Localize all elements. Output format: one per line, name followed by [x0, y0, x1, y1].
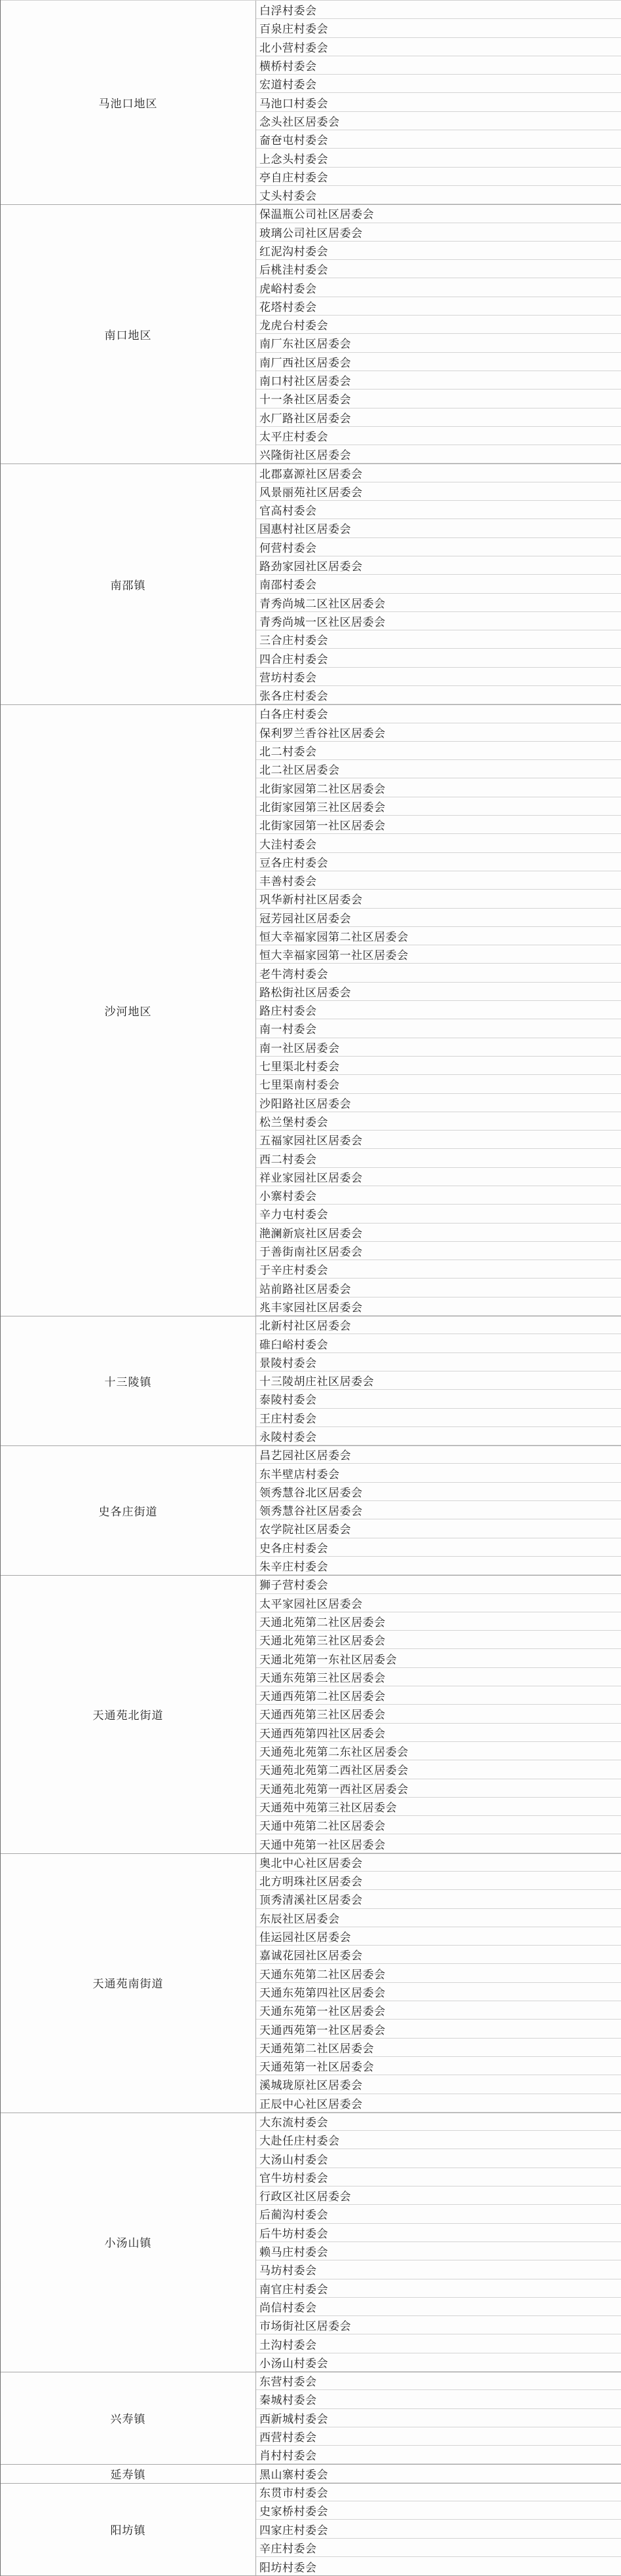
- committee-row: 辛力屯村委会: [256, 1205, 621, 1223]
- committee-row: 红泥沟村委会: [256, 242, 621, 260]
- committee-name: 天通西苑第三社区居委会: [259, 1705, 386, 1722]
- committee-row: 十三陵胡庄社区居委会: [256, 1371, 621, 1390]
- committee-row: 天通苑中苑第三社区居委会: [256, 1798, 621, 1816]
- committee-name: 后牛坊村委会: [259, 2224, 328, 2241]
- committee-name: 北小营村委会: [259, 39, 328, 55]
- committee-row: 营坊村委会: [256, 668, 621, 686]
- committee-row: 三合庄村委会: [256, 630, 621, 649]
- committee-name: 太平家园社区居委会: [259, 1595, 363, 1611]
- committee-name: 小寨村委会: [259, 1187, 317, 1203]
- committee-name: 南一社区居委会: [259, 1039, 340, 1055]
- committee-name: 领秀慧谷社区居委会: [259, 1502, 363, 1518]
- committee-name: 天通西苑第一社区居委会: [259, 2021, 386, 2037]
- committee-row: 小寨村委会: [256, 1186, 621, 1205]
- committee-row: 王庄村委会: [256, 1409, 621, 1427]
- committee-row: 北街家园第二社区居委会: [256, 778, 621, 797]
- committee-row: 太平家园社区居委会: [256, 1594, 621, 1612]
- committee-row: 马池口村委会: [256, 93, 621, 111]
- committee-name: 南厂东社区居委会: [259, 335, 351, 351]
- committee-name: 风景丽苑社区居委会: [259, 483, 363, 499]
- committee-name: 辛庄村委会: [259, 2539, 317, 2556]
- committee-list: 北郡嘉源社区居委会 风景丽苑社区居委会 官高村委会 国惠村社区居委会 何营村委会…: [256, 463, 621, 704]
- committee-name: 北郡嘉源社区居委会: [259, 465, 363, 481]
- committee-name: 亭自庄村委会: [259, 168, 328, 185]
- committee-row: 太平庄村委会: [256, 427, 621, 445]
- committee-table: 马池口地区 白浮村委会 百泉庄村委会 北小营村委会 横桥村委会 宏道村委会 马池…: [1, 0, 621, 2576]
- committee-row: 豆各庄村委会: [256, 853, 621, 871]
- committee-name: 景陵村委会: [259, 1354, 317, 1370]
- committee-name: 大赴任庄村委会: [259, 2132, 340, 2148]
- committee-list: 大东流村委会 大赴任庄村委会 大汤山村委会 官牛坊村委会 行政区社区居委会 后蔺…: [256, 2113, 621, 2372]
- committee-row: 行政区社区居委会: [256, 2186, 621, 2205]
- committee-name: 豆各庄村委会: [259, 854, 328, 870]
- committee-row: 天通北苑第二社区居委会: [256, 1612, 621, 1631]
- region-section: 兴寿镇 东营村委会 秦城村委会 西新城村委会 西营村委会 肖村村委会: [1, 2372, 621, 2464]
- committee-name: 西新城村委会: [259, 2410, 328, 2426]
- committee-name: 天通东苑第四社区居委会: [259, 1984, 386, 2000]
- committee-row: 市场街社区居委会: [256, 2316, 621, 2334]
- committee-row: 北新村社区居委会: [256, 1316, 621, 1334]
- committee-name: 七里渠南村委会: [259, 1076, 340, 1092]
- committee-name: 站前路社区居委会: [259, 1280, 351, 1296]
- committee-row: 史家桥村委会: [256, 2501, 621, 2520]
- committee-row: 花塔村委会: [256, 297, 621, 316]
- committee-list: 昌艺园社区居委会 东半壁店村委会 领秀慧谷北区居委会 领秀慧谷社区居委会 农学院…: [256, 1445, 621, 1575]
- committee-row: 青秀尚城二区社区居委会: [256, 594, 621, 612]
- committee-row: 天通苑第二社区居委会: [256, 2039, 621, 2057]
- committee-row: 史各庄村委会: [256, 1538, 621, 1557]
- committee-name: 恒大幸福家园第一社区居委会: [259, 946, 409, 962]
- committee-name: 北新村社区居委会: [259, 1316, 351, 1333]
- committee-row: 四家庄村委会: [256, 2520, 621, 2538]
- region-section: 沙河地区 白各庄村委会 保利罗兰香谷社区居委会 北二村委会 北二社区居委会 北街…: [1, 704, 621, 1316]
- committee-row: 北二社区居委会: [256, 760, 621, 778]
- committee-name: 肖村村委会: [259, 2446, 317, 2463]
- committee-row: 北街家园第三社区居委会: [256, 797, 621, 816]
- committee-name: 龙虎台村委会: [259, 316, 328, 333]
- committee-name: 滟澜新宸社区居委会: [259, 1224, 363, 1241]
- committee-row: 赖马庄村委会: [256, 2242, 621, 2260]
- region-section: 马池口地区 白浮村委会 百泉庄村委会 北小营村委会 横桥村委会 宏道村委会 马池…: [1, 1, 621, 204]
- committee-row: 宏道村委会: [256, 75, 621, 93]
- committee-name: 天通苑北苑第二西社区居委会: [259, 1761, 409, 1777]
- committee-name: 冠芳园社区居委会: [259, 909, 351, 926]
- region-section: 南邵镇 北郡嘉源社区居委会 风景丽苑社区居委会 官高村委会 国惠村社区居委会 何…: [1, 463, 621, 704]
- committee-name: 巩华新村社区居委会: [259, 890, 363, 907]
- committee-row: 站前路社区居委会: [256, 1279, 621, 1297]
- committee-name: 丈头村委会: [259, 187, 317, 203]
- committee-row: 北二村委会: [256, 742, 621, 760]
- committee-name: 史各庄村委会: [259, 1539, 328, 1555]
- committee-list: 奥北中心社区居委会 北方明珠社区居委会 顶秀清溪社区居委会 东辰社区居委会 佳运…: [256, 1853, 621, 2113]
- committee-row: 土沟村委会: [256, 2334, 621, 2353]
- committee-name: 天通东苑第一社区居委会: [259, 2002, 386, 2018]
- committee-name: 大洼村委会: [259, 835, 317, 852]
- committee-name: 北街家园第二社区居委会: [259, 780, 386, 796]
- committee-name: 白浮村委会: [259, 1, 317, 18]
- committee-row: 何营村委会: [256, 538, 621, 556]
- committee-name: 朱辛庄村委会: [259, 1557, 328, 1574]
- committee-name: 兆丰家园社区居委会: [259, 1298, 363, 1315]
- committee-row: 官高村委会: [256, 501, 621, 519]
- committee-row: 南官庄村委会: [256, 2279, 621, 2298]
- committee-name: 后桃洼村委会: [259, 261, 328, 277]
- committee-row: 横桥村委会: [256, 56, 621, 75]
- committee-name: 永陵村委会: [259, 1428, 317, 1444]
- committee-name: 官高村委会: [259, 501, 317, 518]
- committee-name: 东贯市村委会: [259, 2484, 328, 2500]
- committee-row: 百泉庄村委会: [256, 19, 621, 37]
- committee-row: 保温瓶公司社区居委会: [256, 204, 621, 223]
- committee-row: 南厂东社区居委会: [256, 334, 621, 352]
- committee-row: 兴隆街社区居委会: [256, 445, 621, 463]
- committee-name: 天通北苑第二社区居委会: [259, 1613, 386, 1629]
- committee-row: 天通东苑第一社区居委会: [256, 2001, 621, 2020]
- committee-name: 沙阳路社区居委会: [259, 1095, 351, 1111]
- committee-row: 狮子营村委会: [256, 1575, 621, 1593]
- committee-name: 路松街社区居委会: [259, 983, 351, 1000]
- region-label: 沙河地区: [1, 704, 256, 1316]
- committee-list: 白各庄村委会 保利罗兰香谷社区居委会 北二村委会 北二社区居委会 北街家园第二社…: [256, 704, 621, 1316]
- committee-row: 后牛坊村委会: [256, 2224, 621, 2242]
- committee-name: 于善街南社区居委会: [259, 1243, 363, 1259]
- committee-row: 天通西苑第二社区居委会: [256, 1686, 621, 1705]
- committee-row: 官牛坊村委会: [256, 2168, 621, 2186]
- committee-name: 狮子营村委会: [259, 1576, 328, 1592]
- committee-name: 北街家园第三社区居委会: [259, 798, 386, 814]
- committee-row: 十一条社区居委会: [256, 390, 621, 408]
- committee-name: 史家桥村委会: [259, 2502, 328, 2518]
- committee-list: 白浮村委会 百泉庄村委会 北小营村委会 横桥村委会 宏道村委会 马池口村委会 念…: [256, 1, 621, 204]
- committee-name: 王庄村委会: [259, 1409, 317, 1426]
- region-label: 阳坊镇: [1, 2483, 256, 2575]
- committee-name: 天通东苑第三社区居委会: [259, 1669, 386, 1685]
- committee-name: 五福家园社区居委会: [259, 1131, 363, 1148]
- committee-name: 北二村委会: [259, 742, 317, 759]
- committee-row: 肖村村委会: [256, 2446, 621, 2464]
- committee-row: 西新城村委会: [256, 2409, 621, 2427]
- committee-row: 南邵村委会: [256, 575, 621, 593]
- committee-row: 小汤山村委会: [256, 2353, 621, 2372]
- committee-name: 天通苑北苑第二东社区居委会: [259, 1743, 409, 1759]
- committee-name: 太平庄村委会: [259, 427, 328, 444]
- committee-name: 上念头村委会: [259, 150, 328, 166]
- committee-name: 水厂路社区居委会: [259, 409, 351, 426]
- committee-name: 官牛坊村委会: [259, 2169, 328, 2185]
- committee-table-screenshot: 马池口地区 白浮村委会 百泉庄村委会 北小营村委会 横桥村委会 宏道村委会 马池…: [0, 0, 621, 2576]
- committee-name: 保温瓶公司社区居委会: [259, 205, 374, 221]
- committee-name: 路庄村委会: [259, 1002, 317, 1018]
- committee-name: 松兰堡村委会: [259, 1113, 328, 1129]
- committee-name: 奤夿屯村委会: [259, 131, 328, 147]
- committee-row: 正辰中心社区居委会: [256, 2094, 621, 2113]
- region-section: 延寿镇 黑山寨村委会: [1, 2464, 621, 2482]
- committee-row: 农学院社区居委会: [256, 1519, 621, 1538]
- committee-row: 顶秀清溪社区居委会: [256, 1890, 621, 1908]
- committee-row: 玻璃公司社区居委会: [256, 223, 621, 242]
- committee-name: 大汤山村委会: [259, 2150, 328, 2167]
- committee-name: 尚信村委会: [259, 2298, 317, 2315]
- committee-name: 市场街社区居委会: [259, 2317, 351, 2333]
- region-section: 南口地区 保温瓶公司社区居委会 玻璃公司社区居委会 红泥沟村委会 后桃洼村委会 …: [1, 204, 621, 463]
- committee-name: 路劲家园社区居委会: [259, 557, 363, 573]
- committee-name: 于辛庄村委会: [259, 1261, 328, 1277]
- committee-row: 北方明珠社区居委会: [256, 1872, 621, 1890]
- committee-row: 恒大幸福家园第二社区居委会: [256, 927, 621, 945]
- committee-row: 冠芳园社区居委会: [256, 909, 621, 927]
- committee-row: 北小营村委会: [256, 38, 621, 56]
- region-label: 史各庄街道: [1, 1445, 256, 1575]
- region-label: 马池口地区: [1, 1, 256, 204]
- region-label: 天通苑北街道: [1, 1575, 256, 1853]
- committee-row: 七里渠北村委会: [256, 1057, 621, 1075]
- committee-name: 国惠村社区居委会: [259, 520, 351, 536]
- committee-name: 农学院社区居委会: [259, 1520, 351, 1536]
- committee-row: 东营村委会: [256, 2372, 621, 2390]
- committee-row: 永陵村委会: [256, 1427, 621, 1445]
- committee-name: 北方明珠社区居委会: [259, 1872, 363, 1889]
- region-label: 兴寿镇: [1, 2372, 256, 2464]
- committee-name: 何营村委会: [259, 539, 317, 555]
- committee-row: 虎峪村委会: [256, 278, 621, 297]
- committee-list: 北新村社区居委会 碓臼峪村委会 景陵村委会 十三陵胡庄社区居委会 泰陵村委会 王…: [256, 1316, 621, 1445]
- region-section: 天通苑南街道 奥北中心社区居委会 北方明珠社区居委会 顶秀清溪社区居委会 东辰社…: [1, 1853, 621, 2113]
- committee-name: 东辰社区居委会: [259, 1910, 340, 1926]
- committee-name: 秦城村委会: [259, 2391, 317, 2407]
- committee-name: 西二村委会: [259, 1150, 317, 1167]
- committee-row: 领秀慧谷北区居委会: [256, 1483, 621, 1501]
- committee-name: 天通西苑第二社区居委会: [259, 1687, 386, 1703]
- committee-list: 黑山寨村委会: [256, 2464, 621, 2482]
- committee-row: 东辰社区居委会: [256, 1909, 621, 1927]
- committee-row: 天通西苑第四社区居委会: [256, 1724, 621, 1742]
- committee-row: 阳坊村委会: [256, 2557, 621, 2575]
- committee-name: 虎峪村委会: [259, 280, 317, 296]
- committee-name: 黑山寨村委会: [259, 2465, 328, 2482]
- committee-name: 天通北苑第三社区居委会: [259, 1631, 386, 1648]
- committee-name: 大东流村委会: [259, 2113, 328, 2130]
- committee-name: 祥业家园社区居委会: [259, 1169, 363, 1185]
- committee-name: 小汤山村委会: [259, 2354, 328, 2370]
- committee-row: 领秀慧谷社区居委会: [256, 1501, 621, 1519]
- committee-name: 马坊村委会: [259, 2261, 317, 2277]
- committee-row: 佳运园社区居委会: [256, 1927, 621, 1946]
- committee-row: 滟澜新宸社区居委会: [256, 1224, 621, 1242]
- committee-list: 东贯市村委会 史家桥村委会 四家庄村委会 辛庄村委会 阳坊村委会: [256, 2483, 621, 2575]
- committee-name: 老牛湾村委会: [259, 965, 328, 981]
- committee-row: 天通苑第一社区居委会: [256, 2057, 621, 2075]
- committee-name: 七里渠北村委会: [259, 1057, 340, 1074]
- committee-row: 大赴任庄村委会: [256, 2131, 621, 2149]
- region-section: 十三陵镇 北新村社区居委会 碓臼峪村委会 景陵村委会 十三陵胡庄社区居委会 泰陵…: [1, 1316, 621, 1445]
- committee-name: 天通北苑第一东社区居委会: [259, 1650, 397, 1667]
- committee-list: 东营村委会 秦城村委会 西新城村委会 西营村委会 肖村村委会: [256, 2372, 621, 2464]
- committee-row: 景陵村委会: [256, 1353, 621, 1371]
- committee-name: 营坊村委会: [259, 668, 317, 685]
- committee-row: 辛庄村委会: [256, 2539, 621, 2557]
- committee-row: 南口村社区居委会: [256, 371, 621, 390]
- committee-name: 十三陵胡庄社区居委会: [259, 1372, 374, 1388]
- committee-row: 奥北中心社区居委会: [256, 1853, 621, 1872]
- committee-row: 兆丰家园社区居委会: [256, 1297, 621, 1316]
- committee-name: 四合庄村委会: [259, 650, 328, 666]
- committee-row: 天通苑北苑第二西社区居委会: [256, 1760, 621, 1779]
- committee-row: 北街家园第一社区居委会: [256, 816, 621, 834]
- region-section: 阳坊镇 东贯市村委会 史家桥村委会 四家庄村委会 辛庄村委会 阳坊村委会: [1, 2483, 621, 2575]
- committee-name: 南一村委会: [259, 1020, 317, 1036]
- committee-row: 朱辛庄村委会: [256, 1557, 621, 1575]
- committee-name: 天通苑中苑第三社区居委会: [259, 1798, 397, 1815]
- committee-name: 丰善村委会: [259, 872, 317, 888]
- committee-name: 北街家园第一社区居委会: [259, 816, 386, 833]
- committee-name: 青秀尚城二区社区居委会: [259, 594, 386, 611]
- committee-name: 泰陵村委会: [259, 1390, 317, 1407]
- committee-name: 后蔺沟村委会: [259, 2205, 328, 2222]
- committee-row: 南厂西社区居委会: [256, 353, 621, 371]
- committee-name: 南厂西社区居委会: [259, 354, 351, 370]
- committee-row: 七里渠南村委会: [256, 1075, 621, 1093]
- committee-name: 天通苑第二社区居委会: [259, 2039, 374, 2056]
- committee-name: 南口村社区居委会: [259, 372, 351, 388]
- committee-name: 正辰中心社区居委会: [259, 2095, 363, 2111]
- committee-name: 红泥沟村委会: [259, 242, 328, 259]
- committee-name: 碓臼峪村委会: [259, 1335, 328, 1352]
- committee-row: 白浮村委会: [256, 1, 621, 19]
- committee-row: 马坊村委会: [256, 2260, 621, 2279]
- committee-name: 天通中苑第一社区居委会: [259, 1836, 386, 1852]
- committee-row: 风景丽苑社区居委会: [256, 482, 621, 501]
- committee-row: 路庄村委会: [256, 1001, 621, 1019]
- committee-row: 沙阳路社区居委会: [256, 1094, 621, 1112]
- committee-row: 祥业家园社区居委会: [256, 1168, 621, 1186]
- committee-row: 于辛庄村委会: [256, 1260, 621, 1279]
- committee-name: 嘉诚花园社区居委会: [259, 1946, 363, 1963]
- committee-name: 溪城珑原社区居委会: [259, 2076, 363, 2092]
- committee-row: 黑山寨村委会: [256, 2464, 621, 2482]
- committee-name: 土沟村委会: [259, 2336, 317, 2352]
- committee-name: 横桥村委会: [259, 57, 317, 73]
- committee-row: 国惠村社区居委会: [256, 519, 621, 537]
- committee-row: 四合庄村委会: [256, 649, 621, 667]
- committee-name: 十一条社区居委会: [259, 390, 351, 407]
- committee-row: 路劲家园社区居委会: [256, 556, 621, 575]
- committee-row: 嘉诚花园社区居委会: [256, 1946, 621, 1964]
- committee-name: 花塔村委会: [259, 298, 317, 314]
- committee-row: 丈头村委会: [256, 186, 621, 204]
- committee-row: 青秀尚城一区社区居委会: [256, 612, 621, 630]
- committee-name: 昌艺园社区居委会: [259, 1446, 351, 1462]
- committee-name: 领秀慧谷北区居委会: [259, 1483, 363, 1500]
- committee-name: 南邵村委会: [259, 575, 317, 592]
- committee-row: 天通东苑第三社区居委会: [256, 1668, 621, 1686]
- committee-name: 马池口村委会: [259, 94, 328, 111]
- committee-name: 行政区社区居委会: [259, 2187, 351, 2204]
- committee-row: 碓臼峪村委会: [256, 1334, 621, 1352]
- committee-name: 玻璃公司社区居委会: [259, 224, 363, 240]
- region-label: 十三陵镇: [1, 1316, 256, 1445]
- committee-list: 狮子营村委会 太平家园社区居委会 天通北苑第二社区居委会 天通北苑第三社区居委会…: [256, 1575, 621, 1853]
- committee-row: 南一社区居委会: [256, 1038, 621, 1057]
- committee-row: 张各庄村委会: [256, 686, 621, 704]
- committee-row: 西二村委会: [256, 1149, 621, 1167]
- committee-row: 泰陵村委会: [256, 1390, 621, 1408]
- committee-name: 念头社区居委会: [259, 113, 340, 129]
- committee-name: 天通苑第一社区居委会: [259, 2058, 374, 2074]
- committee-row: 天通中苑第一社区居委会: [256, 1834, 621, 1853]
- committee-row: 路松街社区居委会: [256, 983, 621, 1001]
- committee-row: 南一村委会: [256, 1019, 621, 1038]
- committee-row: 天通中苑第二社区居委会: [256, 1816, 621, 1834]
- committee-row: 东半壁店村委会: [256, 1464, 621, 1482]
- committee-row: 秦城村委会: [256, 2390, 621, 2408]
- committee-row: 老牛湾村委会: [256, 964, 621, 982]
- committee-row: 念头社区居委会: [256, 112, 621, 130]
- committee-name: 百泉庄村委会: [259, 20, 328, 36]
- committee-row: 丰善村委会: [256, 871, 621, 890]
- committee-row: 后蔺沟村委会: [256, 2205, 621, 2223]
- committee-name: 南官庄村委会: [259, 2280, 328, 2296]
- committee-name: 天通西苑第四社区居委会: [259, 1724, 386, 1741]
- committee-name: 辛力屯村委会: [259, 1205, 328, 1222]
- committee-row: 后桃洼村委会: [256, 260, 621, 278]
- committee-row: 溪城珑原社区居委会: [256, 2075, 621, 2094]
- committee-name: 北二社区居委会: [259, 761, 340, 777]
- committee-name: 保利罗兰香谷社区居委会: [259, 724, 386, 740]
- committee-name: 东营村委会: [259, 2372, 317, 2389]
- committee-name: 白各庄村委会: [259, 705, 328, 721]
- region-section: 史各庄街道 昌艺园社区居委会 东半壁店村委会 领秀慧谷北区居委会 领秀慧谷社区居…: [1, 1445, 621, 1575]
- committee-name: 四家庄村委会: [259, 2521, 328, 2537]
- region-label: 小汤山镇: [1, 2113, 256, 2372]
- committee-row: 龙虎台村委会: [256, 316, 621, 334]
- committee-name: 兴隆街社区居委会: [259, 446, 351, 462]
- committee-row: 昌艺园社区居委会: [256, 1445, 621, 1464]
- committee-name: 宏道村委会: [259, 75, 317, 92]
- committee-row: 天通东苑第四社区居委会: [256, 1983, 621, 2001]
- committee-row: 天通东苑第二社区居委会: [256, 1964, 621, 1982]
- region-label: 延寿镇: [1, 2464, 256, 2482]
- committee-row: 北郡嘉源社区居委会: [256, 463, 621, 482]
- region-label: 南邵镇: [1, 463, 256, 704]
- committee-row: 松兰堡村委会: [256, 1112, 621, 1131]
- committee-row: 尚信村委会: [256, 2298, 621, 2316]
- committee-row: 天通西苑第三社区居委会: [256, 1705, 621, 1723]
- committee-row: 白各庄村委会: [256, 704, 621, 723]
- committee-name: 东半壁店村委会: [259, 1465, 340, 1481]
- committee-name: 青秀尚城一区社区居委会: [259, 613, 386, 629]
- committee-row: 大洼村委会: [256, 834, 621, 852]
- committee-name: 赖马庄村委会: [259, 2243, 328, 2259]
- committee-name: 张各庄村委会: [259, 687, 328, 703]
- committee-row: 五福家园社区居委会: [256, 1131, 621, 1149]
- committee-row: 东贯市村委会: [256, 2483, 621, 2501]
- committee-row: 天通北苑第一东社区居委会: [256, 1649, 621, 1667]
- committee-row: 保利罗兰香谷社区居委会: [256, 723, 621, 742]
- committee-row: 巩华新村社区居委会: [256, 890, 621, 908]
- committee-row: 水厂路社区居委会: [256, 408, 621, 427]
- committee-row: 天通苑北苑第一西社区居委会: [256, 1779, 621, 1798]
- committee-row: 于善街南社区居委会: [256, 1242, 621, 1260]
- committee-row: 大东流村委会: [256, 2113, 621, 2131]
- committee-list: 保温瓶公司社区居委会 玻璃公司社区居委会 红泥沟村委会 后桃洼村委会 虎峪村委会…: [256, 204, 621, 463]
- committee-row: 奤夿屯村委会: [256, 130, 621, 149]
- committee-name: 阳坊村委会: [259, 2558, 317, 2575]
- region-label: 天通苑南街道: [1, 1853, 256, 2113]
- committee-row: 天通西苑第一社区居委会: [256, 2020, 621, 2038]
- committee-name: 奥北中心社区居委会: [259, 1854, 363, 1870]
- committee-name: 天通中苑第二社区居委会: [259, 1817, 386, 1833]
- committee-name: 佳运园社区居委会: [259, 1928, 351, 1944]
